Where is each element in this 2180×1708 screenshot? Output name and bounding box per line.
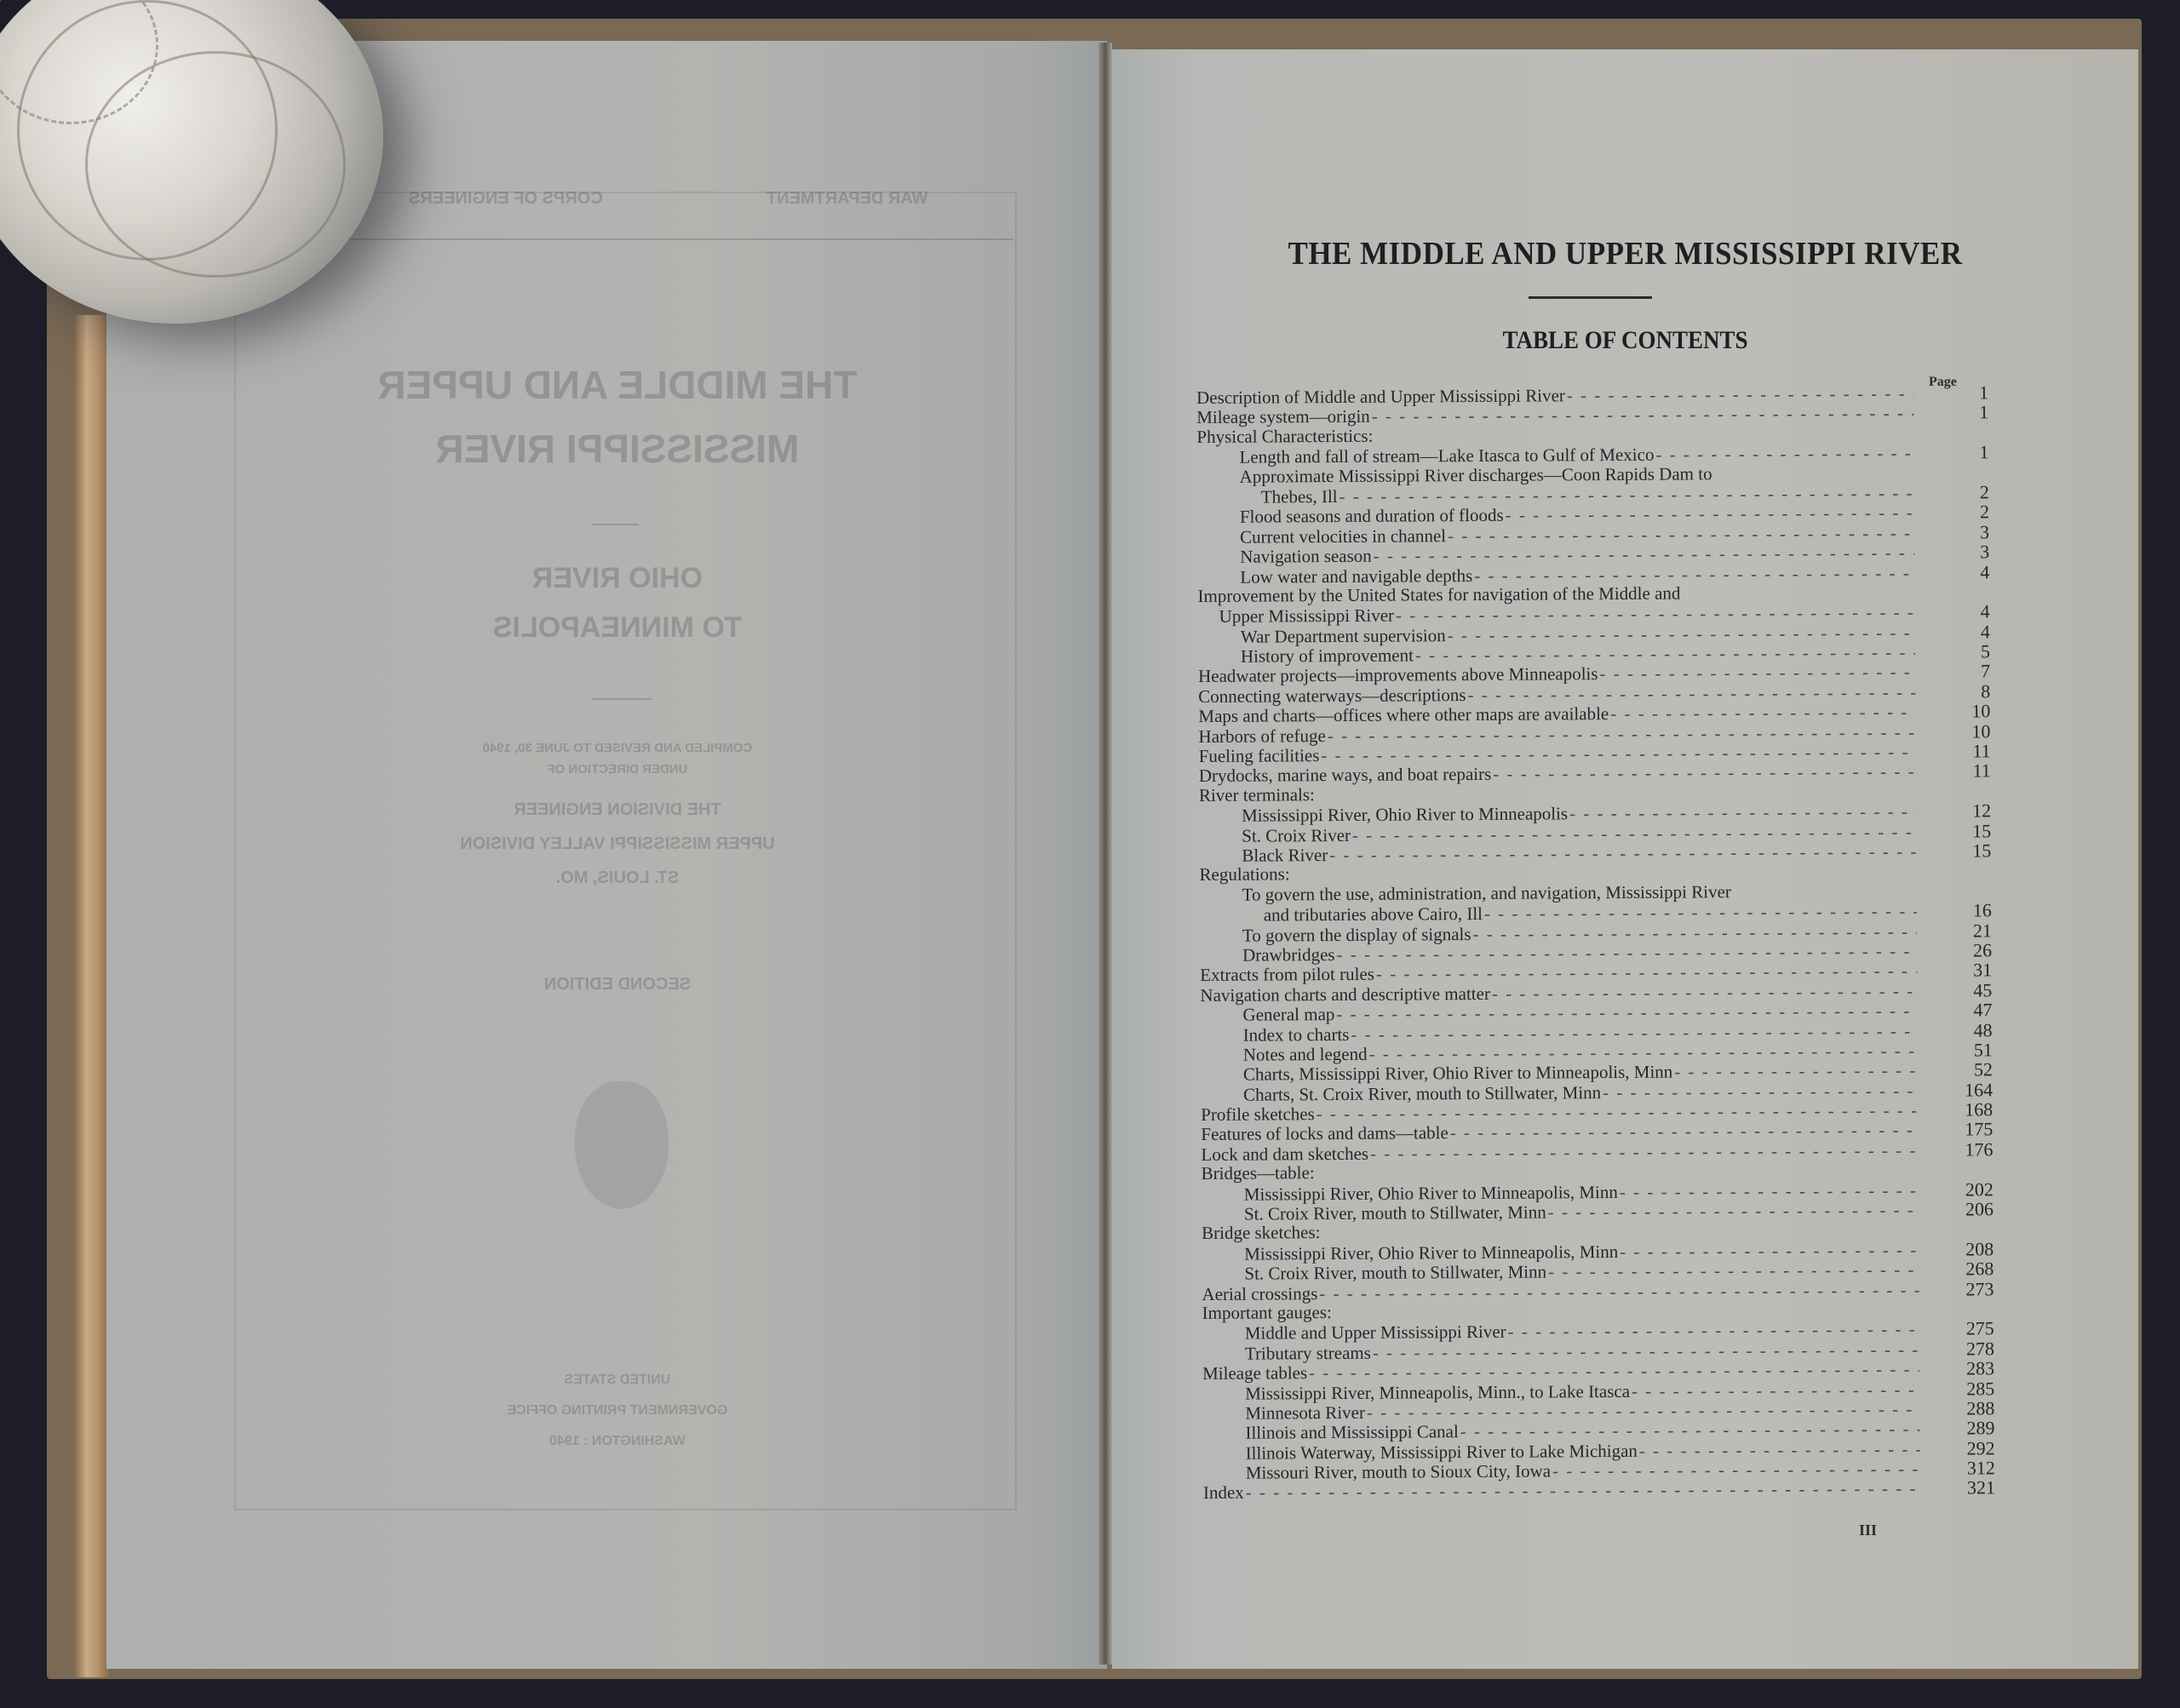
toc-entry-page: 51 (1933, 1040, 1993, 1060)
dot-leader (1674, 1061, 1918, 1082)
dot-leader (1246, 1479, 1920, 1503)
ghost-division-line3: ST. LOUIS, MO. (353, 868, 881, 888)
toc-entry-page: 31 (1932, 960, 1992, 981)
cover-edge (75, 315, 109, 1677)
toc-entry-page: 26 (1932, 940, 1992, 960)
toc-entry-page: 11 (1931, 741, 1991, 761)
toc-entry-label: Illinois and Mississippi Canal (1202, 1422, 1458, 1443)
toc-entry-page: 202 (1934, 1179, 1994, 1200)
ghost-rule-2 (592, 698, 651, 700)
toc-entry-page: 10 (1930, 702, 1990, 722)
toc-entry-page: 16 (1932, 900, 1992, 920)
toc-entry-label: Fueling facilities (1199, 746, 1320, 766)
toc-entry-label: Index to charts (1201, 1024, 1350, 1045)
toc-entry-page: 11 (1931, 761, 1991, 782)
toc-entry-label: Important gauges: (1202, 1303, 1332, 1323)
ghost-edition: SECOND EDITION (353, 975, 881, 994)
toc-entry-label: Extracts from pilot rules (1200, 965, 1374, 986)
toc-entry-label: Improvement by the United States for nav… (1197, 583, 1680, 606)
toc-entry: Index321 (1203, 1478, 1995, 1503)
toc-entry-label: History of improvement (1198, 646, 1414, 668)
dot-leader (1733, 897, 1917, 897)
toc-entry-label: War Department supervision (1198, 626, 1446, 647)
toc-entry-page: 3 (1930, 542, 1989, 562)
toc-entry-page: 45 (1932, 980, 1992, 1000)
toc-entry-label: General map (1200, 1005, 1334, 1025)
toc-entry-page: 1 (1929, 403, 1988, 423)
toc-entry-label: Lock and dam sketches (1201, 1144, 1368, 1166)
toc-entry-label: Regulations: (1199, 865, 1289, 886)
toc-entry-label: Bridge sketches: (1202, 1224, 1321, 1244)
toc-entry-label: Upper Mississippi River (1198, 606, 1394, 628)
toc-entry-page: 164 (1933, 1080, 1993, 1100)
table-of-contents: Description of Middle and Upper Mississi… (1196, 382, 1995, 1503)
toc-entry-label: and tributaries above Cairo, Ill (1200, 904, 1483, 926)
ghost-title-line1: THE MIDDLE AND UPPER (353, 362, 881, 408)
page-folio: III (1859, 1522, 1877, 1539)
toc-entry-page: 7 (1930, 662, 1990, 682)
ghost-compiled-line1: COMPILED AND REVISED TO JUNE 30, 1940 (353, 741, 881, 755)
toc-entry-page: 3 (1930, 522, 1989, 542)
toc-entry-label: Connecting waterways—descriptions (1198, 685, 1466, 707)
book-gutter (1099, 43, 1112, 1665)
toc-entry-label: Thebes, Ill (1197, 487, 1338, 507)
toc-entry-label: Drydocks, marine ways, and boat repairs (1199, 765, 1492, 787)
ghost-rule-1 (592, 524, 639, 525)
toc-heading: TABLE OF CONTENTS (1112, 325, 2138, 354)
toc-entry-label: Drawbridges (1200, 945, 1335, 966)
toc-entry-page: 208 (1934, 1239, 1994, 1259)
ghost-seal-icon (575, 1081, 668, 1209)
toc-entry-page: 47 (1932, 1000, 1992, 1020)
toc-entry-page: 176 (1933, 1139, 1993, 1160)
ghost-header-rule (234, 238, 1013, 240)
toc-entry-label: Features of locks and dams—table (1201, 1124, 1449, 1145)
ghost-division-line2: UPPER MISSISSIPPI VALLEY DIVISION (353, 834, 881, 854)
dot-leader (1682, 598, 1914, 599)
toc-entry-page: 268 (1934, 1258, 1994, 1279)
toc-entry-page: 21 (1932, 920, 1992, 941)
ghost-title-line2: MISSISSIPPI RIVER (353, 426, 881, 472)
dot-leader (1334, 1315, 1919, 1318)
toc-entry-page: 8 (1930, 681, 1990, 702)
dot-leader (1655, 444, 1913, 465)
toc-entry-page: 4 (1930, 602, 1990, 622)
toc-entry-label: St. Croix River (1199, 825, 1351, 845)
toc-entry-page: 52 (1933, 1060, 1993, 1080)
dot-leader (1317, 1175, 1919, 1178)
toc-entry-page: 288 (1935, 1398, 1994, 1419)
ghost-compiled-line2: UNDER DIRECTION OF (353, 762, 881, 777)
toc-entry-page: 289 (1935, 1419, 1994, 1439)
ghost-subtitle-line1: OHIO RIVER (353, 562, 881, 595)
title-rule (1529, 296, 1652, 299)
toc-entry-page: 12 (1931, 801, 1991, 822)
toc-entry-page: 2 (1930, 502, 1989, 523)
ghost-subtitle-line2: TO MINNEAPOLIS (353, 611, 881, 645)
dot-leader (1632, 1379, 1919, 1401)
toc-entry-label: Profile sketches (1201, 1104, 1315, 1125)
toc-entry-label: To govern the display of signals (1200, 925, 1471, 946)
toc-entry-label: Harbors of refuge (1198, 726, 1325, 747)
toc-entry-page: 312 (1936, 1458, 1995, 1478)
toc-entry-page: 275 (1935, 1319, 1994, 1339)
toc-entry-page: 4 (1930, 622, 1990, 642)
ghost-printer-line3: WASHINGTON : 1940 (353, 1434, 881, 1449)
toc-entry-page: 206 (1934, 1199, 1994, 1219)
toc-entry-label: Physical Characteristics: (1196, 427, 1373, 448)
ghost-printer-line1: UNITED STATES (353, 1373, 881, 1388)
toc-entry-page: 278 (1935, 1338, 1994, 1359)
ghost-division-line1: THE DIVISION ENGINEER (353, 800, 881, 820)
toc-entry-label: Navigation charts and descriptive matter (1200, 984, 1490, 1006)
toc-entry-page: 168 (1933, 1099, 1993, 1120)
ghost-header-right: CORPS OF ENGINEERS (409, 189, 603, 209)
toc-entry-page: 321 (1936, 1478, 1995, 1499)
dot-leader (1714, 478, 1914, 479)
ghost-header-left: WAR DEPARTMENT (766, 189, 928, 209)
ghost-printer-line2: GOVERNMENT PRINTING OFFICE (353, 1403, 881, 1419)
toc-entry-page: 273 (1934, 1279, 1994, 1299)
dot-leader (1374, 438, 1913, 442)
toc-entry-label: Notes and legend (1201, 1045, 1368, 1066)
toc-entry-page: 283 (1935, 1358, 1994, 1378)
dot-leader (1292, 876, 1917, 880)
toc-entry-page: 175 (1933, 1120, 1993, 1140)
toc-entry-label: Minnesota River (1202, 1403, 1365, 1424)
toc-entry-label: Index (1203, 1483, 1244, 1504)
toc-entry-page: 285 (1935, 1378, 1994, 1399)
toc-entry-page: 15 (1931, 821, 1991, 841)
toc-entry-page: 292 (1936, 1438, 1995, 1459)
toc-entry-label: Current velocities in channel (1197, 526, 1446, 547)
toc-entry-page: 4 (1930, 562, 1989, 582)
toc-entry-page: 1 (1929, 442, 1988, 462)
toc-entry-label: Navigation season (1197, 547, 1372, 568)
toc-entry-page: 10 (1930, 721, 1990, 742)
toc-entry-page: 1 (1929, 382, 1988, 403)
dot-leader (1639, 1440, 1920, 1461)
toc-entry-page: 48 (1933, 1020, 1993, 1040)
toc-entry-label: Mileage tables (1202, 1363, 1307, 1384)
toc-entry-page: 15 (1931, 840, 1991, 861)
toc-entry-label: River terminals: (1199, 785, 1315, 805)
dot-leader (1322, 1235, 1919, 1238)
toc-entry-label: Bridges—table: (1202, 1163, 1315, 1184)
page-title: THE MIDDLE AND UPPER MISSISSIPPI RIVER (1112, 235, 2138, 272)
toc-entry-label: Tributary streams (1202, 1344, 1371, 1365)
toc-entry-label: Black River (1199, 845, 1328, 866)
dot-leader (1317, 797, 1916, 800)
toc-entry-page: 2 (1930, 482, 1989, 502)
toc-entry-page: 5 (1930, 641, 1990, 662)
